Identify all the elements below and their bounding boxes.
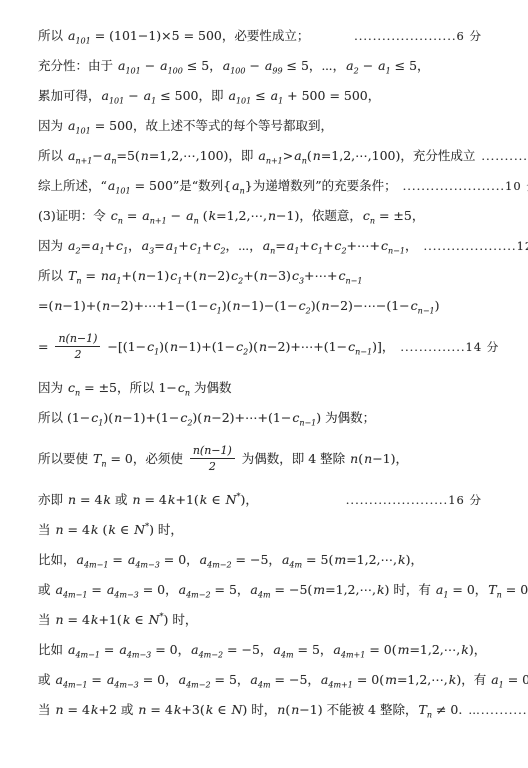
doc-line: 所以 an+1−an=5(n=1,2,⋯,100)，即 an+1>an(n=1,… xyxy=(38,148,482,164)
formula: 因为 cn = ±5，所以 1−cn 为偶数 xyxy=(38,380,232,396)
formula: 充分性：由于 a101 − a100 ≤ 5，a100 − a99 ≤ 5，⋯，… xyxy=(38,58,430,74)
formula: 所以 an+1−an=5(n=1,2,⋯,100)，即 an+1>an(n=1,… xyxy=(38,148,475,164)
doc-line: 亦即 n = 4k 或 n = 4k+1(k ∈ N*)，...........… xyxy=(38,492,482,508)
doc-line: 综上所述，“a101 = 500”是“数列{an}为递增数列”的充要条件；...… xyxy=(38,178,482,194)
formula: = n(n−1)2 −[(1−c1)(n−1)+(1−c2)(n−2)+⋯+(1… xyxy=(38,334,394,361)
score-mark: …..................17 分 xyxy=(462,702,528,718)
formula: 所以 (1−c1)(n−1)+(1−c2)(n−2)+⋯+(1−cn−1) 为偶… xyxy=(38,410,375,426)
fraction: n(n−1)2 xyxy=(190,445,235,472)
formula: 因为 a2=a1+c1，a3=a1+c1+c2，⋯，an=a1+c1+c2+⋯+… xyxy=(38,238,417,254)
formula: 累加可得，a101 − a1 ≤ 500，即 a101 ≤ a1 + 500 =… xyxy=(38,88,380,104)
formula: 综上所述，“a101 = 500”是“数列{an}为递增数列”的充要条件； xyxy=(38,178,397,194)
fraction: n(n−1)2 xyxy=(55,333,100,360)
score-mark: ....................12 分 xyxy=(417,238,528,254)
doc-line: 所以要使 Tn = 0，必须使 n(n−1)2 为偶数，即 4 整除 n(n−1… xyxy=(38,440,482,478)
formula: 亦即 n = 4k 或 n = 4k+1(k ∈ N*)， xyxy=(38,492,258,508)
doc-line: 或 a4m−1 = a4m−3 = 0，a4m−2 = 5，a4m = −5(m… xyxy=(38,582,482,598)
formula: (3)证明：令 cn = an+1 − an (k=1,2,⋯,n−1)，依题意… xyxy=(38,208,424,224)
formula: 当 n = 4k+1(k ∈ N*) 时， xyxy=(38,612,197,628)
document-lines: 所以 a101 = (101−1)×5 = 500，必要性成立；........… xyxy=(0,0,528,718)
doc-line: (3)证明：令 cn = an+1 − an (k=1,2,⋯,n−1)，依题意… xyxy=(38,208,482,224)
doc-line: 比如，a4m−1 = a4m−3 = 0，a4m−2 = −5，a4m = 5(… xyxy=(38,552,482,568)
doc-line: = n(n−1)2 −[(1−c1)(n−1)+(1−c2)(n−2)+⋯+(1… xyxy=(38,328,482,366)
formula: 所以要使 Tn = 0，必须使 n(n−1)2 为偶数，即 4 整除 n(n−1… xyxy=(38,446,408,473)
doc-line: 因为 a2=a1+c1，a3=a1+c1+c2，⋯，an=a1+c1+c2+⋯+… xyxy=(38,238,482,254)
score-mark: ......................16 分 xyxy=(340,492,482,508)
doc-line: 当 n = 4k+2 或 n = 4k+3(k ∈ N) 时，n(n−1) 不能… xyxy=(38,702,482,718)
doc-line: 所以 a101 = (101−1)×5 = 500，必要性成立；........… xyxy=(38,28,482,44)
doc-line: 因为 cn = ±5，所以 1−cn 为偶数 xyxy=(38,380,482,396)
doc-line: 或 a4m−1 = a4m−3 = 0，a4m−2 = 5，a4m = −5，a… xyxy=(38,672,482,688)
formula: 所以 Tn = na1+(n−1)c1+(n−2)c2+(n−3)c3+⋯+cn… xyxy=(38,268,362,284)
formula: 或 a4m−1 = a4m−3 = 0，a4m−2 = 5，a4m = −5(m… xyxy=(38,582,528,598)
score-mark: ......................10 分 xyxy=(397,178,528,194)
doc-line: 当 n = 4k+1(k ∈ N*) 时， xyxy=(38,612,482,628)
doc-line: 因为 a101 = 500，故上述不等式的每个等号都取到， xyxy=(38,118,482,134)
doc-line: 所以 (1−c1)(n−1)+(1−c2)(n−2)+⋯+(1−cn−1) 为偶… xyxy=(38,410,482,426)
score-mark: ......................6 分 xyxy=(348,28,482,44)
doc-line: =(n−1)+(n−2)+⋯+1−(1−c1)(n−1)−(1−c2)(n−2)… xyxy=(38,298,482,314)
doc-line: 当 n = 4k (k ∈ N*) 时， xyxy=(38,522,482,538)
doc-line: 比如 a4m−1 = a4m−3 = 0，a4m−2 = −5，a4m = 5，… xyxy=(38,642,482,658)
score-mark: ............9 分 xyxy=(475,148,528,164)
score-mark: ..............14 分 xyxy=(394,339,499,355)
doc-line: 充分性：由于 a101 − a100 ≤ 5，a100 − a99 ≤ 5，⋯，… xyxy=(38,58,482,74)
formula: 比如，a4m−1 = a4m−3 = 0，a4m−2 = −5，a4m = 5(… xyxy=(38,552,423,568)
formula: 所以 a101 = (101−1)×5 = 500，必要性成立； xyxy=(38,28,309,44)
doc-line: 所以 Tn = na1+(n−1)c1+(n−2)c2+(n−3)c3+⋯+cn… xyxy=(38,268,482,284)
formula: 因为 a101 = 500，故上述不等式的每个等号都取到， xyxy=(38,118,333,134)
formula: 当 n = 4k (k ∈ N*) 时， xyxy=(38,522,183,538)
doc-line: 累加可得，a101 − a1 ≤ 500，即 a101 ≤ a1 + 500 =… xyxy=(38,88,482,104)
formula: =(n−1)+(n−2)+⋯+1−(1−c1)(n−1)−(1−c2)(n−2)… xyxy=(38,298,440,314)
document-page: 所以 a101 = (101−1)×5 = 500，必要性成立；........… xyxy=(0,0,528,768)
formula: 当 n = 4k+2 或 n = 4k+3(k ∈ N) 时，n(n−1) 不能… xyxy=(38,702,462,718)
formula: 比如 a4m−1 = a4m−3 = 0，a4m−2 = −5，a4m = 5，… xyxy=(38,642,486,658)
formula: 或 a4m−1 = a4m−3 = 0，a4m−2 = 5，a4m = −5，a… xyxy=(38,672,528,688)
